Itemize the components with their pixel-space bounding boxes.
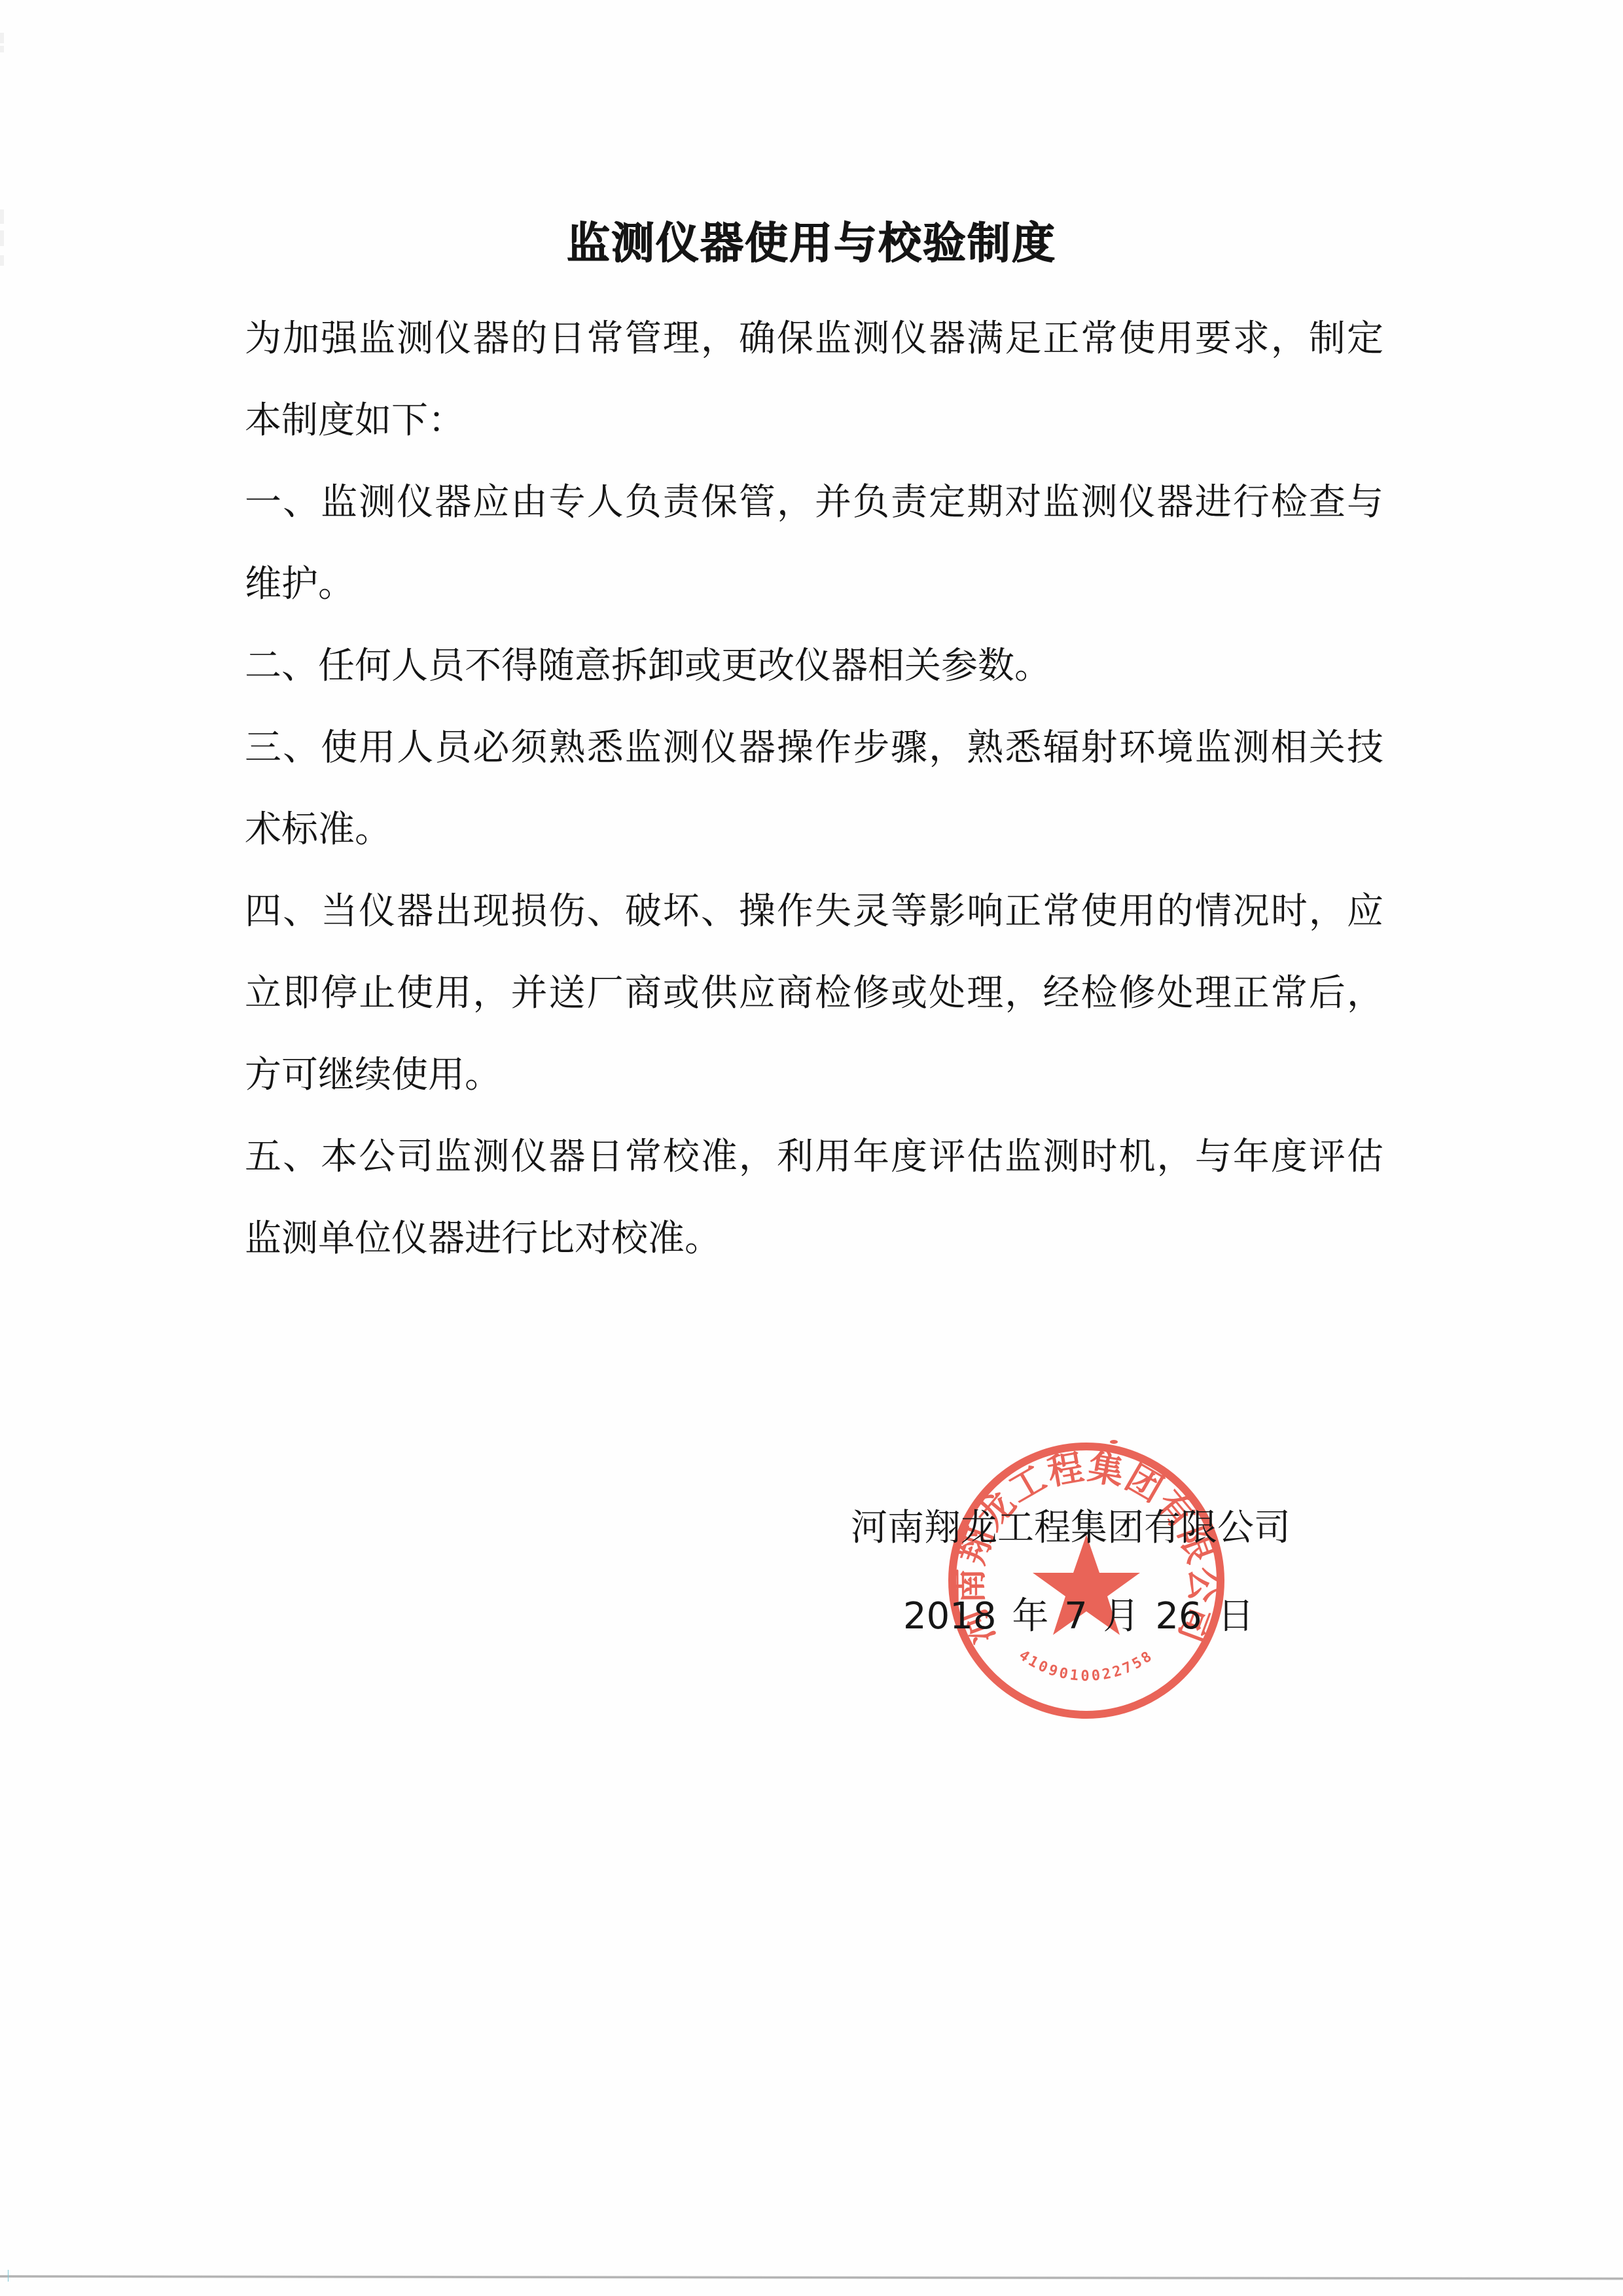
intro-line: 本制度如下： <box>245 380 1383 461</box>
seal-code: 4109010022758 <box>1016 1647 1157 1685</box>
clause-5: 五、本公司监测仪器日常校准，利用年度评估监测时机，与年度评估 监测单位仪器进行比… <box>245 1116 1383 1280</box>
scan-mark <box>8 2270 9 2282</box>
clause-line: 立即停止使用，并送厂商或供应商检修或处理，经检修处理正常后， <box>245 952 1383 1034</box>
document-body: 为加强监测仪器的日常管理，确保监测仪器满足正常使用要求，制定 本制度如下： 一、… <box>245 298 1383 1280</box>
clause-line: 方可继续使用。 <box>245 1034 1383 1116</box>
intro-line: 为加强监测仪器的日常管理，确保监测仪器满足正常使用要求，制定 <box>245 298 1383 380</box>
clause-line: 三、使用人员必须熟悉监测仪器操作步骤，熟悉辐射环境监测相关技 <box>245 707 1383 789</box>
clause-line: 一、监测仪器应由专人负责保管，并负责定期对监测仪器进行检查与 <box>245 461 1383 543</box>
clause-2: 二、任何人员不得随意拆卸或更改仪器相关参数。 <box>245 625 1383 707</box>
clause-1: 一、监测仪器应由专人负责保管，并负责定期对监测仪器进行检查与 维护。 <box>245 461 1383 625</box>
clause-line: 四、当仪器出现损伤、破坏、操作失灵等影响正常使用的情况时，应 <box>245 870 1383 952</box>
clause-3: 三、使用人员必须熟悉监测仪器操作步骤，熟悉辐射环境监测相关技 术标准。 <box>245 707 1383 870</box>
clause-line: 维护。 <box>245 543 1383 625</box>
scan-bottom-line <box>0 2275 1623 2280</box>
document-page: 监测仪器使用与校验制度 为加强监测仪器的日常管理，确保监测仪器满足正常使用要求，… <box>0 0 1623 2296</box>
clause-4: 四、当仪器出现损伤、破坏、操作失灵等影响正常使用的情况时，应 立即停止使用，并送… <box>245 870 1383 1116</box>
company-seal: 河南翔龙工程集团有限公司 4109010022758 <box>942 1437 1230 1725</box>
signature-date: 2018 年 7 月 26 日 <box>903 1587 1254 1640</box>
clause-line: 二、任何人员不得随意拆卸或更改仪器相关参数。 <box>245 625 1383 707</box>
intro-paragraph: 为加强监测仪器的日常管理，确保监测仪器满足正常使用要求，制定 本制度如下： <box>245 298 1383 461</box>
document-title: 监测仪器使用与校验制度 <box>0 208 1623 270</box>
clause-line: 五、本公司监测仪器日常校准，利用年度评估监测时机，与年度评估 <box>245 1116 1383 1198</box>
clause-line: 术标准。 <box>245 789 1383 870</box>
signature-company: 河南翔龙工程集团有限公司 <box>851 1499 1291 1551</box>
clause-line: 监测单位仪器进行比对校准。 <box>245 1198 1383 1280</box>
svg-text:4109010022758: 4109010022758 <box>1016 1647 1157 1685</box>
